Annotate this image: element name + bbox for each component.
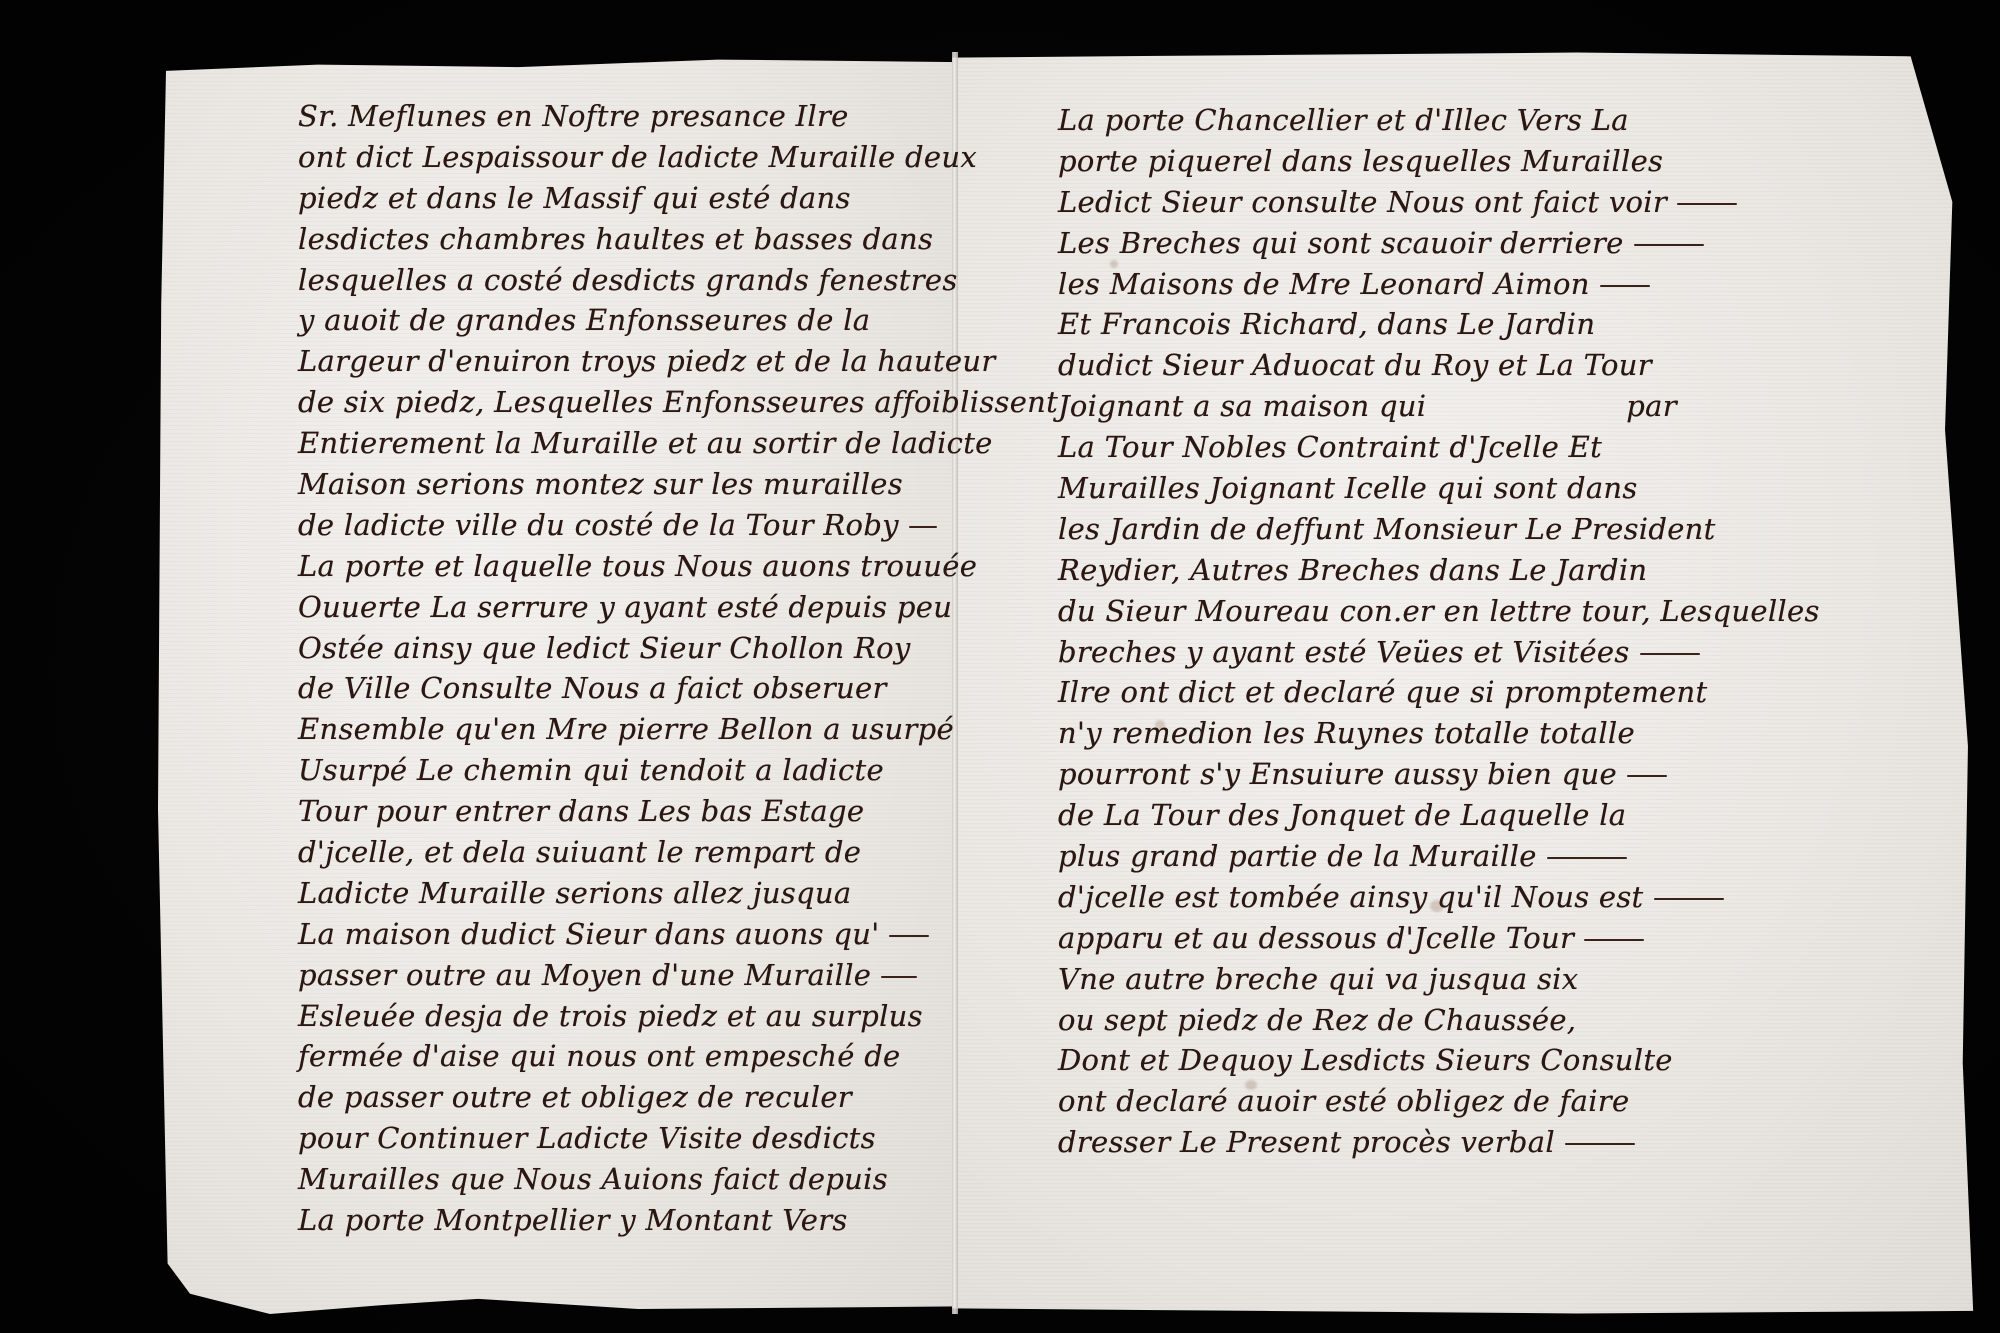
manuscript-line: Maison serions montez sur les murailles xyxy=(298,464,978,505)
manuscript-line: n'y remedion les Ruynes totalle totalle xyxy=(1058,713,1718,754)
manuscript-line: ont dict Lespaissour de ladicte Muraille… xyxy=(298,137,978,178)
manuscript-line: dresser Le Present procès verbal xyxy=(1058,1122,1718,1163)
manuscript-line: apparu et au dessous d'Jcelle Tour xyxy=(1058,918,1718,959)
manuscript-line: dudict Sieur Aduocat du Roy et La Tour xyxy=(1058,345,1718,386)
manuscript-line: Et Francois Richard, dans Le Jardin xyxy=(1058,304,1718,345)
manuscript-line: Ladicte Muraille serions allez jusqua xyxy=(298,873,978,914)
manuscript-line: lesdictes chambres haultes et basses dan… xyxy=(298,219,978,260)
manuscript-line: d'jcelle, et dela suiuant le rempart de xyxy=(298,832,978,873)
manuscript-line: Murailles Joignant Icelle qui sont dans xyxy=(1058,468,1718,509)
manuscript-line: lesquelles a costé desdicts grands fenes… xyxy=(298,260,978,301)
manuscript-line: Entierement la Muraille et au sortir de … xyxy=(298,423,978,464)
line-filler-stroke xyxy=(1634,244,1704,246)
line-filler-stroke xyxy=(1547,857,1627,859)
manuscript-line: les Jardin de deffunt Monsieur Le Presid… xyxy=(1058,509,1718,550)
manuscript-line: Tour pour entrer dans Les bas Estage xyxy=(298,791,978,832)
manuscript-line: Ensemble qu'en Mre pierre Bellon a usurp… xyxy=(298,709,978,750)
manuscript-line: ont declaré auoir esté obligez de faire xyxy=(1058,1081,1718,1122)
line-filler-stroke xyxy=(1654,898,1724,900)
manuscript-line: pourront s'y Ensuiure aussy bien que xyxy=(1058,754,1718,795)
manuscript-line: Dont et Dequoy Lesdicts Sieurs Consulte xyxy=(1058,1040,1718,1081)
line-filler-stroke xyxy=(1584,939,1644,941)
manuscript-line: breches y ayant esté Veües et Visitées xyxy=(1058,632,1718,673)
manuscript-line: de La Tour des Jonquet de Laquelle la xyxy=(1058,795,1718,836)
manuscript-line: La porte Chancellier et d'Illec Vers La xyxy=(1058,100,1718,141)
manuscript-line: de ladicte ville du costé de la Tour Rob… xyxy=(298,505,978,546)
manuscript-line: Esleuée desja de trois piedz et au surpl… xyxy=(298,996,978,1037)
line-filler-stroke xyxy=(889,935,929,937)
manuscript-line: de six piedz, Lesquelles Enfonsseures af… xyxy=(298,382,978,423)
manuscript-line: Ostée ainsy que ledict Sieur Chollon Roy xyxy=(298,628,978,669)
manuscript-line: passer outre au Moyen d'une Muraille xyxy=(298,955,978,996)
manuscript-line: Joignant a sa maison qui par xyxy=(1058,386,1718,427)
left-page-text: Sr. Meflunes en Noftre presance Ilre ont… xyxy=(298,96,978,1241)
line-filler-stroke xyxy=(1640,653,1700,655)
manuscript-line: Ilre ont dict et declaré que si promptem… xyxy=(1058,672,1718,713)
line-filler-stroke xyxy=(1600,285,1650,287)
line-filler-stroke xyxy=(881,976,917,978)
manuscript-line: Ouuerte La serrure y ayant esté depuis p… xyxy=(298,587,978,628)
manuscript-line: ou sept piedz de Rez de Chaussée, xyxy=(1058,1000,1718,1041)
manuscript-line: de passer outre et obligez de reculer xyxy=(298,1077,978,1118)
manuscript-line: Vne autre breche qui va jusqua six xyxy=(1058,959,1718,1000)
manuscript-line: porte piquerel dans lesquelles Murailles xyxy=(1058,141,1718,182)
manuscript-line: d'jcelle est tombée ainsy qu'il Nous est xyxy=(1058,877,1718,918)
line-filler-stroke xyxy=(1627,775,1667,777)
manuscript-line: La porte et laquelle tous Nous auons tro… xyxy=(298,546,978,587)
line-filler-stroke xyxy=(1565,1143,1635,1145)
manuscript-line: Murailles que Nous Auions faict depuis xyxy=(298,1159,978,1200)
line-filler-stroke xyxy=(1677,203,1737,205)
manuscript-line: fermée d'aise qui nous ont empesché de xyxy=(298,1036,978,1077)
manuscript-line: La Tour Nobles Contraint d'Jcelle Et xyxy=(1058,427,1718,468)
line-filler-stroke xyxy=(909,526,937,528)
manuscript-line: plus grand partie de la Muraille xyxy=(1058,836,1718,877)
manuscript-line: Les Breches qui sont scauoir derriere xyxy=(1058,223,1718,264)
manuscript-line: du Sieur Moureau con.er en lettre tour, … xyxy=(1058,591,1718,632)
manuscript-line: La maison dudict Sieur dans auons qu' xyxy=(298,914,978,955)
manuscript-line: Ledict Sieur consulte Nous ont faict voi… xyxy=(1058,182,1718,223)
manuscript-line: La porte Montpellier y Montant Vers xyxy=(298,1200,978,1241)
manuscript-line: pour Continuer Ladicte Visite desdicts xyxy=(298,1118,978,1159)
manuscript-line: y auoit de grandes Enfonsseures de la xyxy=(298,300,978,341)
manuscript-line: Sr. Meflunes en Noftre presance Ilre xyxy=(298,96,978,137)
right-page-text: La porte Chancellier et d'Illec Vers La … xyxy=(1058,100,1718,1163)
manuscript-line: Usurpé Le chemin qui tendoit a ladicte xyxy=(298,750,978,791)
manuscript-line: de Ville Consulte Nous a faict obseruer xyxy=(298,668,978,709)
manuscript-line: Largeur d'enuiron troys piedz et de la h… xyxy=(298,341,978,382)
manuscript-line: piedz et dans le Massif qui esté dans xyxy=(298,178,978,219)
manuscript-line: Reydier, Autres Breches dans Le Jardin xyxy=(1058,550,1718,591)
manuscript-line: les Maisons de Mre Leonard Aimon xyxy=(1058,264,1718,305)
